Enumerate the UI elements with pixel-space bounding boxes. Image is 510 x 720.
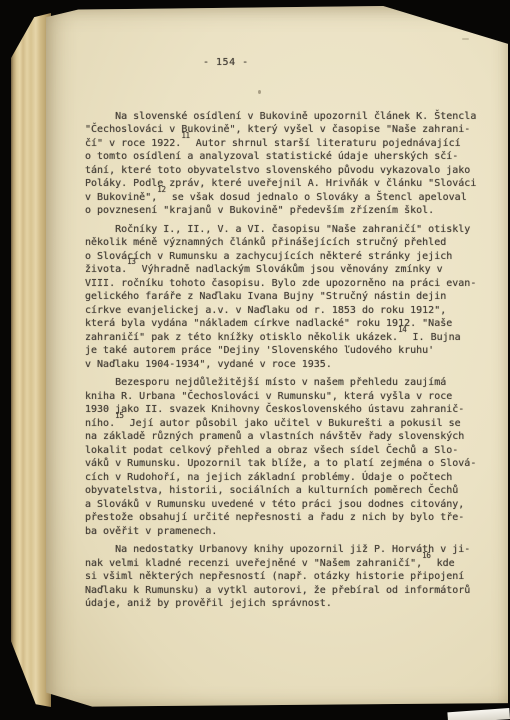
ink-speck [462, 38, 469, 40]
text-line: několik méně významných článků přinášejí… [85, 236, 474, 250]
text-line: o tomto osídlení a analyzoval statistick… [85, 150, 474, 164]
text-line: církve evanjelickej a.v. v Naďlaku od r.… [85, 304, 474, 318]
scanned-page-background: - 154 - Na slovenské osídlení v Bukovině… [0, 0, 510, 720]
text-line: ního.15 Její autor působil jako učitel v… [85, 417, 474, 431]
text-line: o Slovácích v Rumunsku a zachycujících n… [85, 250, 474, 264]
text-line: ba ověřit v pramenech. [85, 525, 474, 539]
text-line: čí" v roce 1922.11 Autor shrnul starší l… [85, 137, 474, 151]
text-line: je také autorem práce "Dejiny 'Slovenské… [85, 344, 474, 358]
footnote-marker: 15 [115, 411, 123, 420]
paragraph: Na slovenské osídlení v Bukovině upozorn… [85, 110, 474, 218]
text-line: "Čechoslováci v Bukovině", který vyšel v… [85, 123, 474, 137]
text-line: gelického faráře z Naďlaku Ivana Bujny "… [85, 290, 474, 304]
text-line: Naďlaku k Rumunsku) a vytkl autorovi, že… [85, 584, 474, 598]
text-line: která byla vydána "nákladem církve nadla… [85, 317, 474, 331]
text-line: zahraničí" pak z této knížky otisklo něk… [85, 331, 474, 345]
text-line: Na nedostatky Urbanovy knihy upozornil j… [85, 543, 474, 557]
text-line: Na slovenské osídlení v Bukovině upozorn… [85, 110, 474, 124]
text-line: Poláky. Podle zpráv, které uveřejnil A. … [85, 177, 474, 191]
footnote-marker: 11 [181, 131, 189, 140]
text-line: a Slováků v Rumunsku uvedené v této prác… [85, 498, 474, 512]
text-line: Bezesporu nejdůležitější místo v našem p… [85, 376, 474, 390]
paragraph: Bezesporu nejdůležitější místo v našem p… [85, 376, 474, 538]
text-line: cích v Rudohoří, na jejich základní prob… [85, 471, 474, 485]
text-line: kniha R. Urbana "Čechoslováci v Rumunsku… [85, 390, 474, 404]
footnote-marker: 16 [422, 551, 430, 560]
text-line: lokalit podat celkový přehled a obraz vš… [85, 444, 474, 458]
ink-speck [258, 90, 261, 94]
text-line: tání, které toto obyvatelstvo slovenskéh… [85, 164, 474, 178]
footnote-marker: 14 [398, 325, 406, 334]
text-line: si všiml některých nepřesností (např. ot… [85, 570, 474, 584]
text-line: na základě různých pramenů a vlastních n… [85, 430, 474, 444]
text-line: VIII. ročníku tohoto časopisu. Bylo zde … [85, 277, 474, 291]
text-line: obyvatelstva, historii, sociálních a kul… [85, 484, 474, 498]
paragraph: Ročníky I., II., V. a VI. časopisu "Naše… [85, 223, 474, 372]
text-line: v Bukovině",12 se však dosud jednalo o S… [85, 191, 474, 205]
book-page: - 154 - Na slovenské osídlení v Bukovině… [46, 6, 508, 708]
footnote-marker: 13 [127, 257, 135, 266]
text-block: Na slovenské osídlení v Bukovině upozorn… [85, 110, 474, 611]
page-content: - 154 - Na slovenské osídlení v Bukovině… [46, 6, 508, 611]
book-page-stack-edge [11, 13, 51, 707]
text-line: váků v Rumunsku. Upozornil tak blíže, a … [85, 457, 474, 471]
text-line: 1930 jako II. svazek Knihovny Českoslove… [85, 403, 474, 417]
text-line: života.13 Výhradně nadlackým Slovákům js… [85, 263, 474, 277]
text-line: o povznesení "krajanů v Bukovině" předev… [85, 204, 474, 218]
text-line: Ročníky I., II., V. a VI. časopisu "Naše… [85, 223, 474, 237]
next-page-corner [447, 708, 510, 720]
text-line: v Naďlaku 1904-1934", vydané v roce 1935… [85, 358, 474, 372]
text-line: údaje, aniž by prověřil jejich správnost… [85, 597, 474, 611]
text-line: přestože obsahují určité nepřesnosti a ř… [85, 511, 474, 525]
page-number: - 154 - [203, 56, 474, 70]
paragraph: Na nedostatky Urbanovy knihy upozornil j… [85, 543, 474, 611]
footnote-marker: 12 [157, 185, 165, 194]
text-line: nak velmi kladné recenzi uveřejněné v "N… [85, 557, 474, 571]
